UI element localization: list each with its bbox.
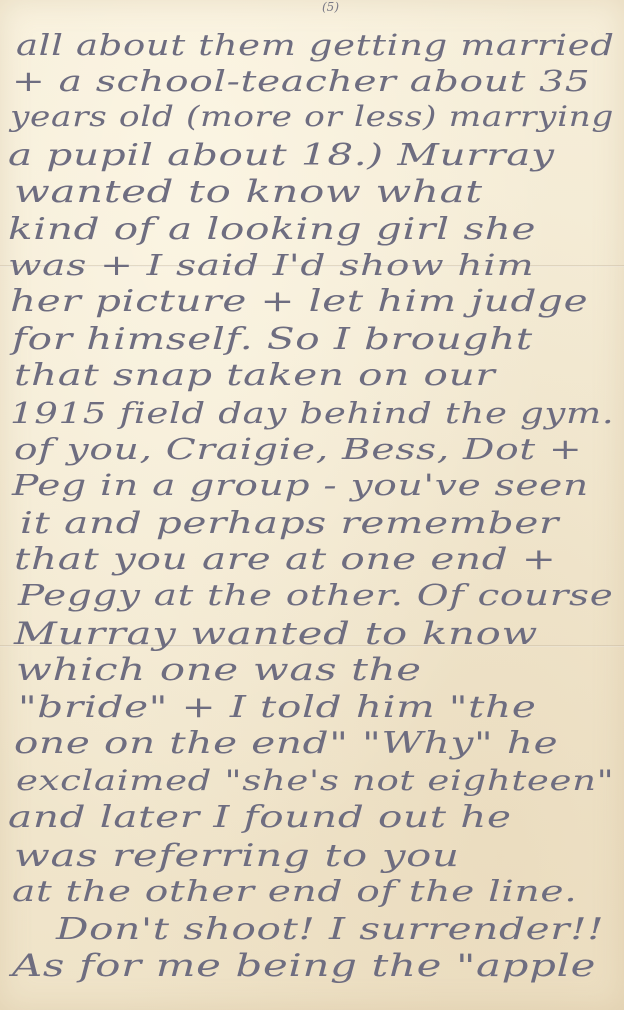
handwritten-line: it and perhaps remember [20,506,559,541]
handwritten-line: all about them getting married [16,28,615,62]
page-number: (5) [322,0,339,14]
handwritten-line: years old (more or less) marrying [10,100,614,133]
handwritten-line: wanted to know what [14,174,483,210]
handwritten-line: exclaimed "she's not eighteen" [16,764,614,797]
handwritten-line: was referring to you [14,838,460,874]
handwritten-line: which one was the [16,652,422,688]
handwritten-line: Peggy at the other. Of course [18,578,613,612]
handwritten-line: that you are at one end + [14,542,556,577]
handwritten-line: 1915 field day behind the gym. [10,396,614,430]
scan-bottom-margin [0,1010,624,1024]
handwritten-line: + a school-teacher about 35 [12,64,590,98]
letter-page: (5) all about them getting married + a s… [0,0,624,1010]
handwritten-line: that snap taken on our [14,358,495,393]
handwritten-line: one on the end" "Why" he [14,726,558,761]
handwritten-line: kind of a looking girl she [8,212,536,247]
handwritten-line: Murray wanted to know [14,616,538,652]
handwritten-line: her picture + let him judge [10,284,588,319]
handwritten-line: and later I found out he [8,800,512,835]
handwritten-line: at the other end of the line. [12,874,577,908]
handwritten-line: a pupil about 18.) Murray [8,138,555,173]
handwritten-line: Peg in a group - you've seen [12,468,589,502]
handwritten-line: Don't shoot! I surrender!! [56,912,604,947]
handwritten-line: for himself. So I brought [12,322,533,357]
handwritten-line: As for me being the "apple [12,948,596,984]
handwritten-line: "bride" + I told him "the [18,690,537,725]
handwritten-line: was + I said I'd show him [8,248,534,282]
handwritten-line: of you, Craigie, Bess, Dot + [14,432,582,466]
